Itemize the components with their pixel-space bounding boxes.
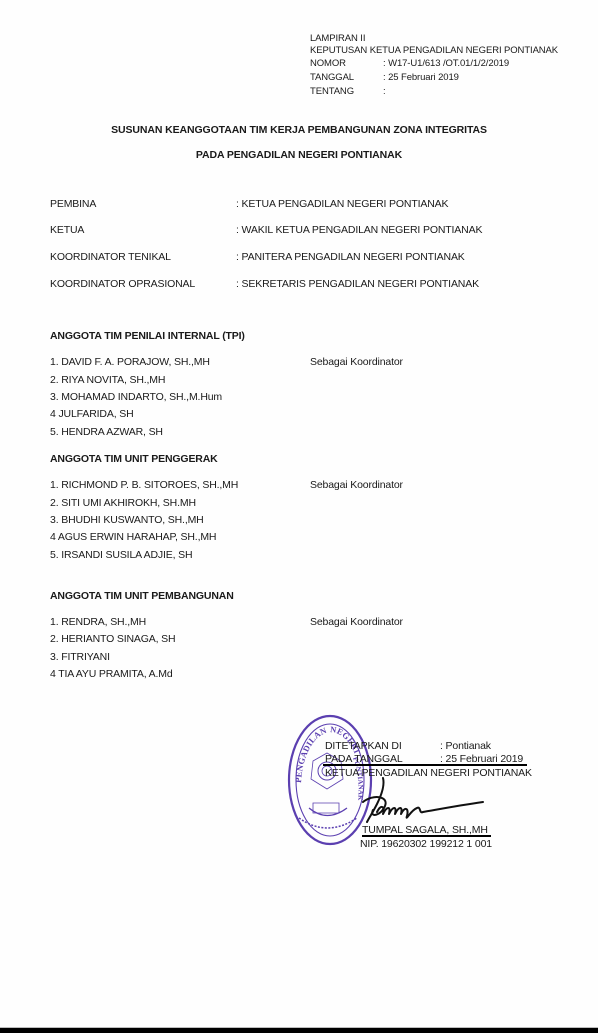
list-item: 5. IRSANDI SUSILA ADJIE, SH: [50, 549, 192, 561]
role-pembina: PEMBINA: [50, 198, 96, 210]
date-underline: [323, 764, 527, 766]
list-item: 4 AGUS ERWIN HARAHAP, SH.,MH: [50, 531, 216, 543]
list-item: 1. DAVID F. A. PORAJOW, SH.,MH: [50, 356, 210, 368]
tentang-label: TENTANG: [310, 86, 354, 97]
list-item: 3. MOHAMAD INDARTO, SH.,M.Hum: [50, 391, 222, 403]
ditetapkan-value: : Pontianak: [440, 740, 491, 752]
coordinator-note: Sebagai Koordinator: [310, 479, 403, 491]
role-koordinator-operasional: KOORDINATOR OPRASIONAL: [50, 278, 195, 290]
list-item: 3. FITRIYANI: [50, 651, 110, 663]
role-koordinator-operasional-value: : SEKRETARIS PENGADILAN NEGERI PONTIANAK: [236, 278, 479, 290]
signature-icon: [355, 776, 490, 826]
team-penggerak-heading: ANGGOTA TIM UNIT PENGGERAK: [50, 453, 218, 465]
list-item: 4 JULFARIDA, SH: [50, 408, 134, 420]
tentang-value: :: [383, 86, 386, 97]
coordinator-note: Sebagai Koordinator: [310, 616, 403, 628]
team-pembangunan-heading: ANGGOTA TIM UNIT PEMBANGUNAN: [50, 590, 234, 602]
document-subtitle: PADA PENGADILAN NEGERI PONTIANAK: [0, 149, 598, 161]
nomor-value: : W17-U1/613 /OT.01/1/2/2019: [383, 58, 509, 69]
role-pembina-value: : KETUA PENGADILAN NEGERI PONTIANAK: [236, 198, 448, 210]
list-item: 2. RIYA NOVITA, SH.,MH: [50, 374, 165, 386]
list-item: 2. HERIANTO SINAGA, SH: [50, 633, 175, 645]
nomor-label: NOMOR: [310, 58, 346, 69]
role-ketua: KETUA: [50, 224, 84, 236]
tanggal-label: TANGGAL: [310, 72, 354, 83]
role-ketua-value: : WAKIL KETUA PENGADILAN NEGERI PONTIANA…: [236, 224, 482, 236]
list-item: 4 TIA AYU PRAMITA, A.Md: [50, 668, 173, 680]
list-item: 1. RICHMOND P. B. SITOROES, SH.,MH: [50, 479, 238, 491]
viewer-background: [0, 1028, 598, 1033]
list-item: 1. RENDRA, SH.,MH: [50, 616, 146, 628]
lampiran-label: LAMPIRAN II: [310, 33, 365, 44]
tanggal-value: : 25 Februari 2019: [383, 72, 459, 83]
signatory-nip: NIP. 19620302 199212 1 001: [360, 838, 492, 850]
document-page: LAMPIRAN II KEPUTUSAN KETUA PENGADILAN N…: [0, 0, 598, 1028]
team-tpi-heading: ANGGOTA TIM PENILAI INTERNAL (TPI): [50, 330, 245, 342]
document-title: SUSUNAN KEANGGOTAAN TIM KERJA PEMBANGUNA…: [0, 124, 598, 136]
list-item: 5. HENDRA AZWAR, SH: [50, 426, 163, 438]
list-item: 3. BHUDHI KUSWANTO, SH.,MH: [50, 514, 204, 526]
keputusan-label: KEPUTUSAN KETUA PENGADILAN NEGERI PONTIA…: [310, 45, 558, 56]
coordinator-note: Sebagai Koordinator: [310, 356, 403, 368]
list-item: 2. SITI UMI AKHIROKH, SH.MH: [50, 497, 196, 509]
ditetapkan-label: DITETAPKAN DI: [325, 740, 402, 752]
name-underline: [362, 835, 491, 837]
role-koordinator-teknikal: KOORDINATOR TENIKAL: [50, 251, 171, 263]
role-koordinator-teknikal-value: : PANITERA PENGADILAN NEGERI PONTIANAK: [236, 251, 465, 263]
